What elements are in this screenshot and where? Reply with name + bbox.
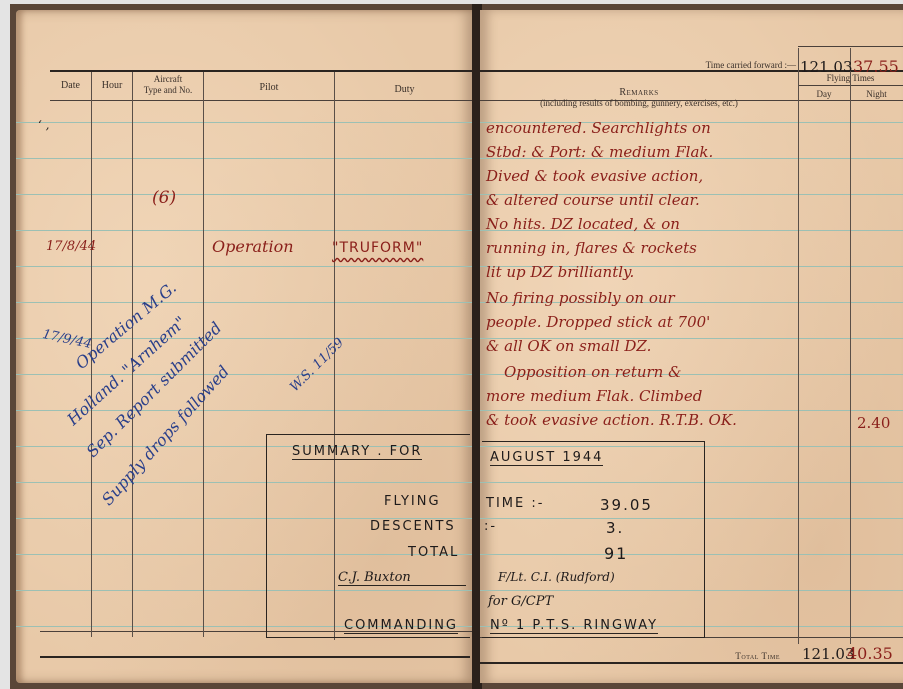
header-day: Day [798,89,850,100]
header-aircraft-line1: Aircraft [133,74,203,85]
header-date: Date [50,80,91,91]
summary-time-label: TIME :- [486,496,544,511]
header-remarks: Remarks (including results of bombing, g… [480,87,798,109]
summary-commanding-label: COMMANDING [344,618,458,634]
header-remarks-title: Remarks [480,87,798,98]
remarks-line-9: people. Dropped stick at 700' [486,314,710,330]
summary-descents-sep: :- [484,519,497,534]
remarks-line-5: No hits. DZ located, & on [486,216,680,232]
margin-mark: ‘ , [38,118,49,132]
header-pilot: Pilot [204,82,334,93]
blue-initials: W.S. 11/59 [287,335,347,395]
entry-date-1: 17/8/44 [46,239,96,254]
header-aircraft-line2: Type and No. [133,85,203,96]
header-remarks-sub: (including results of bombing, gunnery, … [480,98,798,109]
entry-number: (6) [152,188,176,208]
summary-title-right: AUGUST 1944 [490,450,603,466]
night-time-entry: 2.40 [857,414,890,432]
remarks-line-12: more medium Flak. Climbed [486,388,702,404]
logbook: Date Hour Aircraft Type and No. Pilot Du… [10,4,903,689]
summary-rank-line: F/Lt. C.I. (Rudford) [498,570,615,584]
header-night: Night [850,89,903,100]
header-hour: Hour [92,80,132,91]
remarks-line-8: No firing possibly on our [486,290,675,306]
entry-pilot-1: Operation [212,237,294,256]
remarks-line-3: Dived & took evasive action, [486,168,703,184]
remarks-line-10: & all OK on small DZ. [486,338,651,354]
remarks-line-6: running in, flares & rockets [486,240,697,256]
summary-descents-value: 3. [606,519,624,537]
header-flying-times: Flying Times [798,73,903,84]
summary-title-left: SUMMARY . FOR [292,444,422,460]
header-aircraft: Aircraft Type and No. [133,74,203,96]
summary-signature: C.J. Buxton [338,570,466,586]
remarks-line-13: & took evasive action. R.T.B. OK. [486,412,737,428]
summary-unit: Nº 1 P.T.S. RINGWAY [490,618,658,634]
summary-flying-time-value: 39.05 [600,496,653,514]
summary-box-left [266,434,470,638]
total-time-label: Total Time [680,651,780,662]
header-duty: Duty [335,84,474,95]
remarks-line-1: encountered. Searchlights on [486,120,711,136]
remarks-line-11: Opposition on return & [504,364,681,380]
total-time-night: 40.35 [847,644,893,663]
remarks-line-2: Stbd: & Port: & medium Flak. [486,144,713,160]
summary-for-line: for G/CPT [488,594,553,609]
summary-total-label: TOTAL [408,545,459,560]
time-carried-forward-label: Time carried forward :— [680,60,796,71]
remarks-line-4: & altered course until clear. [486,192,700,208]
remarks-line-7: lit up DZ brilliantly. [486,264,634,280]
entry-duty-1: "TRUFORM" [332,240,423,256]
summary-descents-label: DESCENTS [370,519,456,534]
summary-total-value: 91 [604,544,628,563]
summary-flying-label: FLYING [384,494,441,509]
